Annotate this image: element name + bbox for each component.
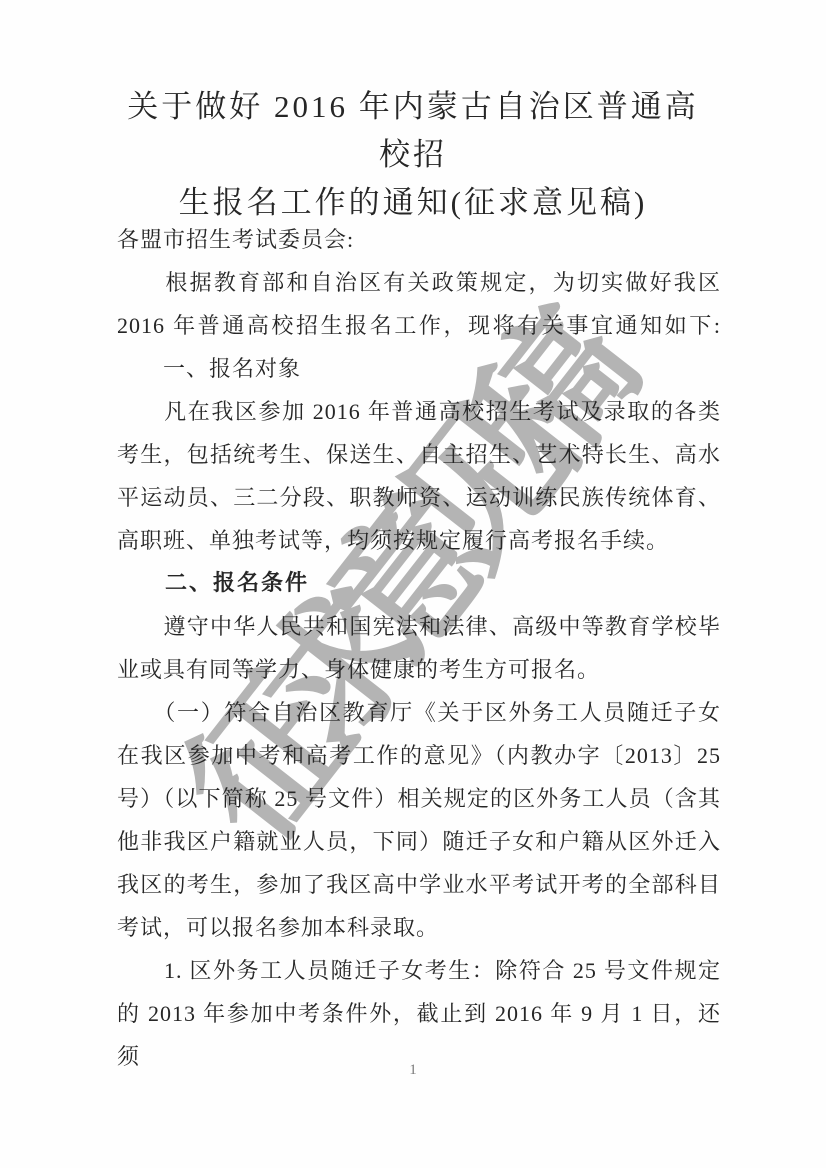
body-line: 考生，包括统考生、保送生、自主招生、艺术特长生、高水	[117, 433, 721, 476]
body-line: 考试，可以报名参加本科录取。	[117, 906, 721, 949]
page-number: 1	[0, 1062, 826, 1079]
body-line: 他非我区户籍就业人员，下同）随迁子女和户籍从区外迁入	[117, 820, 721, 863]
body-line: 在我区参加中考和高考工作的意见》（内教办字〔2013〕25	[117, 734, 721, 777]
body-line: 平运动员、三二分段、职教师资、运动训练民族传统体育、	[117, 476, 721, 519]
body-line: 2016 年普通高校招生报名工作，现将有关事宜通知如下:	[117, 304, 721, 347]
body-line: 凡在我区参加 2016 年普通高校招生考试及录取的各类	[117, 390, 721, 433]
body-line: 业或具有同等学力、身体健康的考生方可报名。	[117, 648, 721, 691]
body-line: 遵守中华人民共和国宪法和法律、高级中等教育学校毕	[117, 605, 721, 648]
title-line-1: 关于做好 2016 年内蒙古自治区普通高校招	[111, 83, 715, 179]
body-line: 根据教育部和自治区有关政策规定，为切实做好我区	[117, 261, 721, 304]
body-line: （一）符合自治区教育厅《关于区外务工人员随迁子女	[117, 691, 721, 734]
body-line: 一、报名对象	[117, 347, 721, 390]
document-page: 征求意见稿 关于做好 2016 年内蒙古自治区普通高校招 生报名工作的通知(征求…	[0, 0, 826, 1168]
document-title: 关于做好 2016 年内蒙古自治区普通高校招 生报名工作的通知(征求意见稿)	[111, 83, 715, 227]
document-body: 各盟市招生考试委员会: 根据教育部和自治区有关政策规定，为切实做好我区2016 …	[117, 218, 721, 1035]
body-line: 的 2013 年参加中考条件外，截止到 2016 年 9 月 1 日，还须	[117, 992, 721, 1035]
body-line: 我区的考生，参加了我区高中学业水平考试开考的全部科目	[117, 863, 721, 906]
body-line: 各盟市招生考试委员会:	[117, 218, 721, 261]
body-line: 高职班、单独考试等，均须按规定履行高考报名手续。	[117, 519, 721, 562]
body-line: 1. 区外务工人员随迁子女考生：除符合 25 号文件规定	[117, 949, 721, 992]
body-line: 二、报名条件	[117, 562, 721, 605]
body-line: 号）（以下简称 25 号文件）相关规定的区外务工人员（含其	[117, 777, 721, 820]
